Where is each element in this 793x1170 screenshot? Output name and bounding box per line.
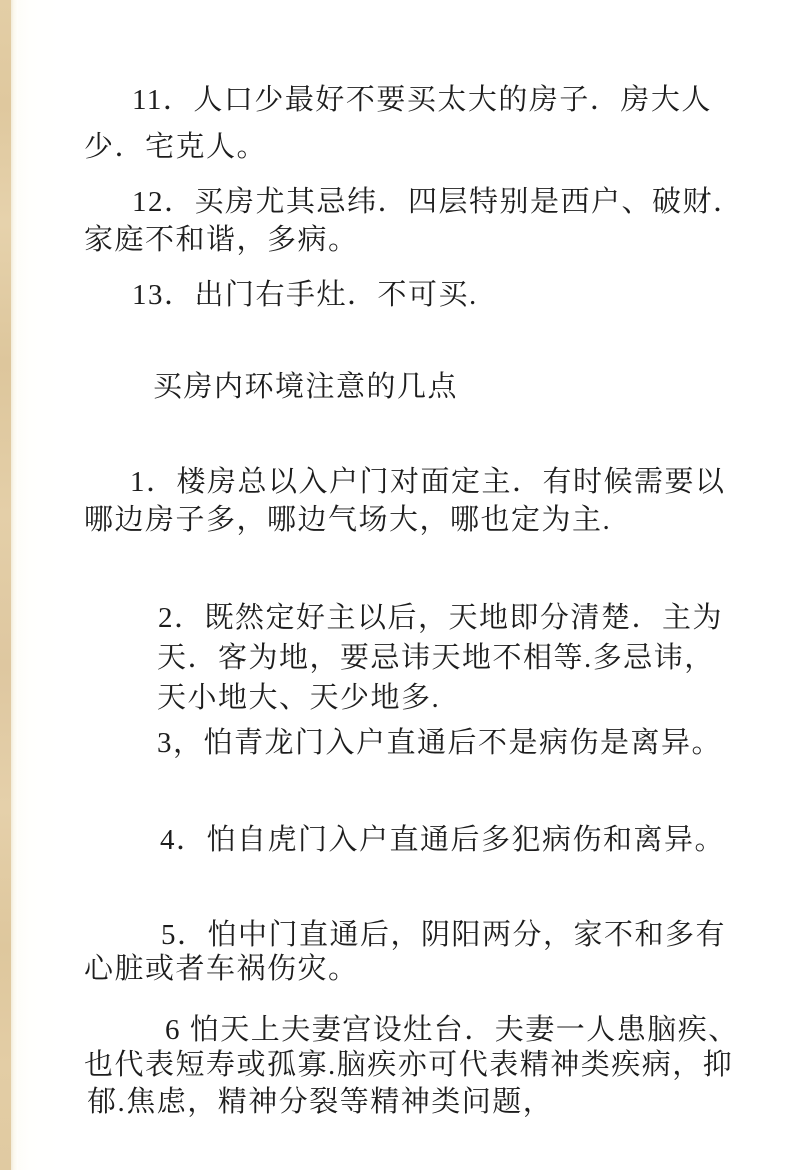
- text-line-item4: 4．怕自虎门入户直通后多犯病伤和离异。: [160, 823, 725, 857]
- text-line-item6-2: 也代表短寿或孤寡.脑疾亦可代表精神类疾病，抑: [84, 1048, 733, 1082]
- text-line-item6-1: 6 怕天上夫妻宫设灶台．夫妻一人患脑疾、: [165, 1013, 739, 1047]
- document-page: 11．人口少最好不要买太大的房子．房大人 少．宅克人。 12．买房尤其忌纬．四层…: [0, 0, 793, 1170]
- text-line-item12-2: 家庭不和谐，多病。: [84, 223, 359, 257]
- text-line-item3: 3，怕青龙门入户直通后不是病伤是离异。: [157, 726, 722, 760]
- text-line-item2-2: 天．客为地，要忌讳天地不相等.多忌讳，: [157, 641, 715, 675]
- text-line-item6-3: 郁.焦虑，精神分裂等精神类问题，: [87, 1085, 553, 1119]
- text-line-item5-1: 5．怕中门直通后，阴阳两分，家不和多有: [161, 918, 726, 952]
- text-line-item2-1: 2．既然定好主以后，天地即分清楚．主为: [158, 601, 723, 635]
- book-spine-strip: [0, 0, 11, 1170]
- text-line-item13: 13．出门右手灶．不可买.: [132, 278, 478, 312]
- text-line-item2-3: 天小地大、天少地多.: [157, 681, 440, 715]
- text-line-item12-1: 12．买房尤其忌纬．四层特别是西户、破财．: [132, 185, 744, 219]
- text-line-item1-2: 哪边房子多，哪边气场大，哪也定为主.: [84, 503, 611, 537]
- text-line-item1-1: 1．楼房总以入户门对面定主．有时候需要以: [130, 465, 726, 499]
- text-line-item11-1: 11．人口少最好不要买太大的房子．房大人: [132, 83, 712, 117]
- text-line-item5-2: 心脏或者车祸伤灾。: [84, 952, 359, 986]
- page-edge-shadow: [11, 0, 18, 1170]
- section-heading: 买房内环境注意的几点: [153, 370, 458, 404]
- text-line-item11-2: 少．宅克人。: [84, 130, 267, 164]
